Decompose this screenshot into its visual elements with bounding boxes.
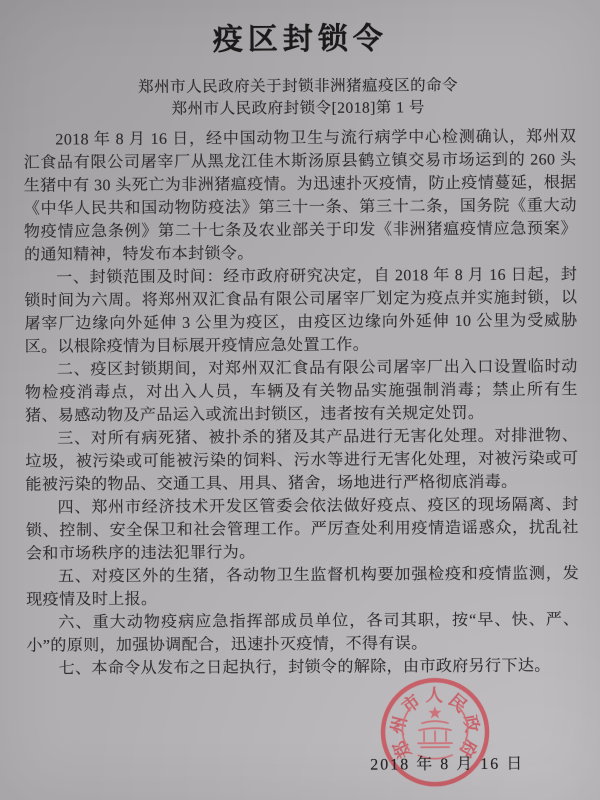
paragraph-item-5: 五、对疫区外的生猪，各动物卫生监督机构要加强检疫和疫情监测，发现疫情及时上报。: [26, 562, 579, 611]
paragraph-item-2: 二、疫区封锁期间，对郑州双汇食品有限公司屠宰厂出入口设置临时动物检疫消毒点，对出…: [25, 355, 578, 427]
document-content: 疫区封锁令 郑州市人民政府关于封锁非洲猪瘟疫区的命令 郑州市人民政府封锁令[20…: [0, 0, 600, 800]
doc-number-line: 郑州市人民政府封锁令[2018]第 1 号: [0, 94, 598, 120]
doc-title: 疫区封锁令: [0, 12, 598, 60]
paragraph-item-6: 六、重大动物疫病应急指挥部成员单位，各司其职，按“早、快、严、小”的原则，加强协…: [26, 608, 579, 657]
paragraph-item-4: 四、郑州市经济技术开发区管委会依法做好疫点、疫区的现场隔离、封锁、控制、安全保卫…: [26, 493, 579, 565]
paragraph-intro: 2018 年 8 月 16 日，经中国动物卫生与流行病学中心检测确认，郑州双汇食…: [23, 125, 577, 266]
issue-date: 2018 年 8 月 16 日: [370, 751, 524, 775]
doc-body: 2018 年 8 月 16 日，经中国动物卫生与流行病学中心检测确认，郑州双汇食…: [23, 125, 579, 680]
paragraph-item-3: 三、对所有病死猪、被扑杀的猪及其产品进行无害化处理。对排泄物、垃圾，被污染或可能…: [25, 424, 578, 496]
official-seal: 郑州市人民政府: [362, 659, 509, 800]
document-photo: 疫区封锁令 郑州市人民政府关于封锁非洲猪瘟疫区的命令 郑州市人民政府封锁令[20…: [0, 0, 600, 800]
paragraph-item-1: 一、封锁范围及时间：经市政府研究决定，自 2018 年 8 月 16 日起，封锁…: [24, 263, 578, 358]
